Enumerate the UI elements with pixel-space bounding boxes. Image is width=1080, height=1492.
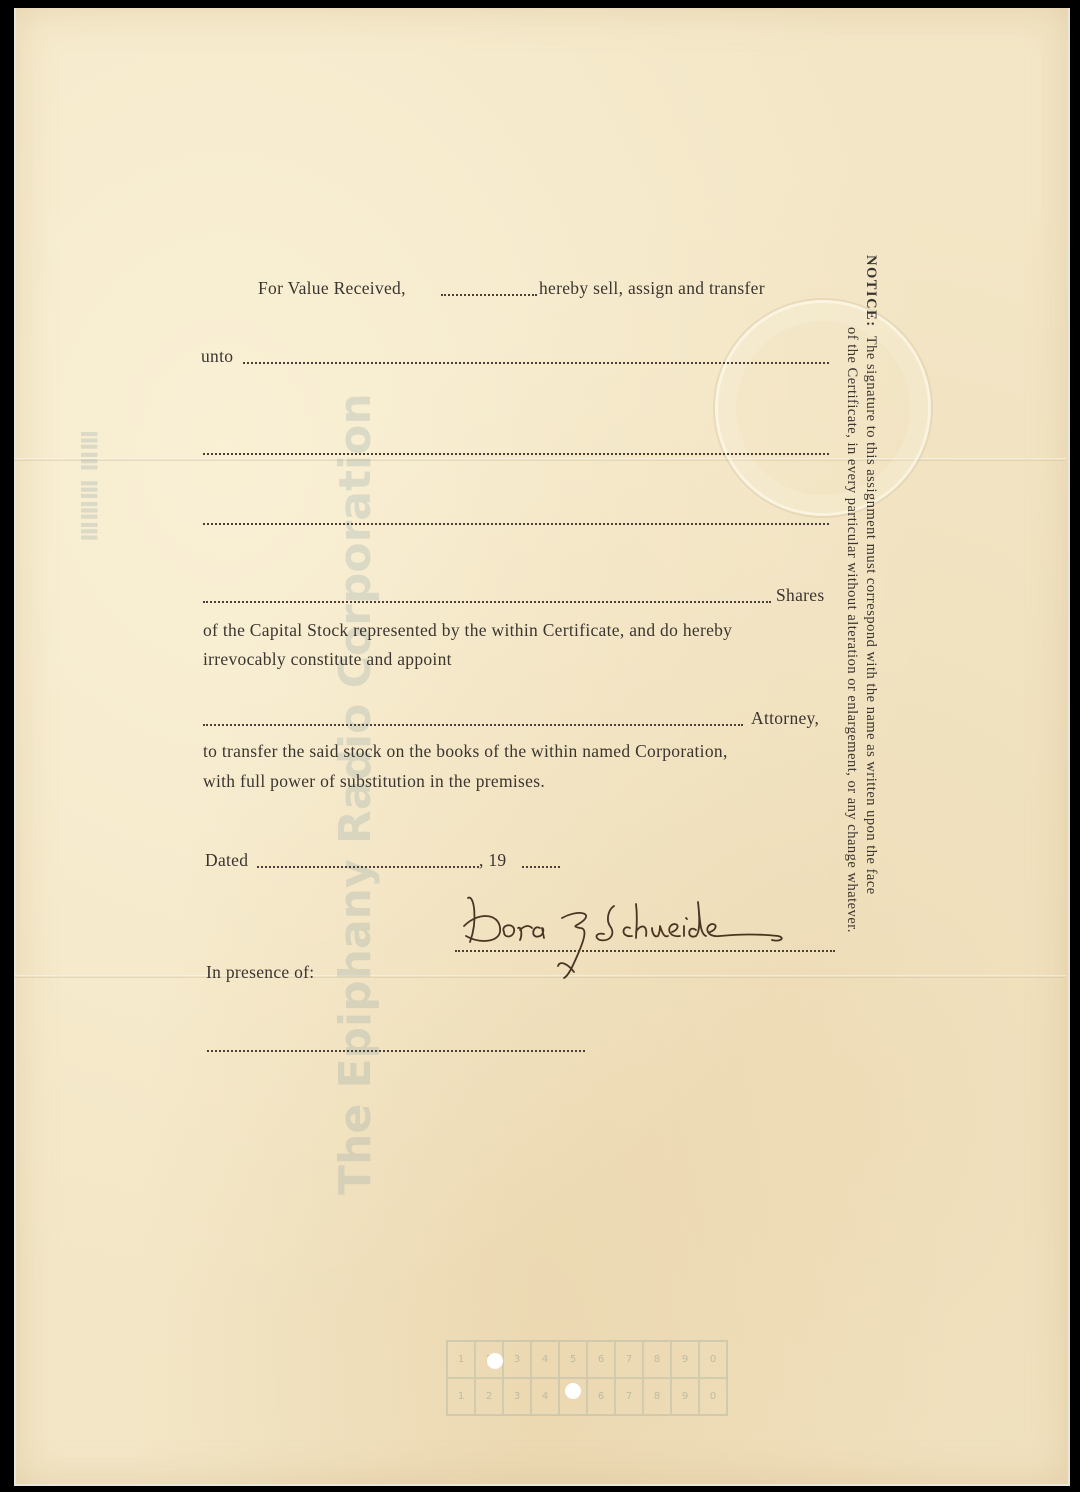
grid-cell: 9 (671, 1341, 699, 1378)
punch-hole-2 (565, 1383, 581, 1399)
grid-cell: 6 (587, 1341, 615, 1378)
notice-line-2: of the Certificate, in every particular … (844, 327, 860, 933)
grid-cell: 4 (531, 1341, 559, 1378)
witness-signature-line[interactable] (207, 1050, 585, 1052)
grid-cell: 7 (615, 1341, 643, 1378)
grid-cell: 3 (503, 1341, 531, 1378)
embossed-seal (715, 300, 931, 516)
punch-hole-1 (487, 1353, 503, 1369)
assignor-blank[interactable] (441, 294, 537, 296)
for-value-received-label: For Value Received, (258, 278, 406, 299)
attorney-name-blank[interactable] (203, 724, 743, 726)
grid-cell: 8 (643, 1378, 671, 1415)
notice-text-block: NOTICE: The signature to this assignment… (842, 255, 880, 933)
grid-cell: 3 (503, 1378, 531, 1415)
grid-cell: 0 (699, 1378, 727, 1415)
shares-label: Shares (776, 585, 824, 606)
date-blank[interactable] (257, 866, 479, 868)
substitution-text: with full power of substitution in the p… (203, 771, 545, 792)
capital-stock-text: of the Capital Stock represented by the … (203, 620, 732, 641)
grid-cell: 2 (475, 1378, 503, 1415)
grid-cell: 4 (531, 1378, 559, 1415)
notice-line-1: The signature to this assignment must co… (863, 336, 879, 895)
dated-label: Dated (205, 850, 248, 871)
shares-quantity-blank[interactable] (203, 601, 771, 603)
appoint-text: irrevocably constitute and appoint (203, 649, 452, 670)
grid-cell: 1 (447, 1378, 475, 1415)
attorney-label: Attorney, (751, 708, 819, 729)
grid-cell: 0 (699, 1341, 727, 1378)
year-blank[interactable] (522, 866, 560, 868)
grid-cell: 6 (587, 1378, 615, 1415)
transfer-text: to transfer the said stock on the books … (203, 741, 728, 762)
grid-cell: 7 (615, 1378, 643, 1415)
notice-label: NOTICE: (863, 255, 879, 328)
sell-assign-transfer-text: hereby sell, assign and transfer (539, 278, 765, 299)
grid-cell: 8 (643, 1341, 671, 1378)
assignee-line-1[interactable] (243, 362, 829, 364)
show-through-number-grid: 1 2 3 4 5 6 7 8 9 0 1 2 3 4 5 6 7 8 9 0 (446, 1340, 728, 1416)
unto-label: unto (201, 346, 233, 367)
assignee-line-3[interactable] (203, 523, 829, 525)
grid-cell: 1 (447, 1341, 475, 1378)
grid-cell: 5 (559, 1341, 587, 1378)
grid-cell: 9 (671, 1378, 699, 1415)
in-presence-of-label: In presence of: (206, 962, 314, 983)
year-prefix: , 19 (479, 850, 506, 871)
assignee-line-2[interactable] (203, 453, 829, 455)
handwritten-signature (460, 880, 850, 980)
